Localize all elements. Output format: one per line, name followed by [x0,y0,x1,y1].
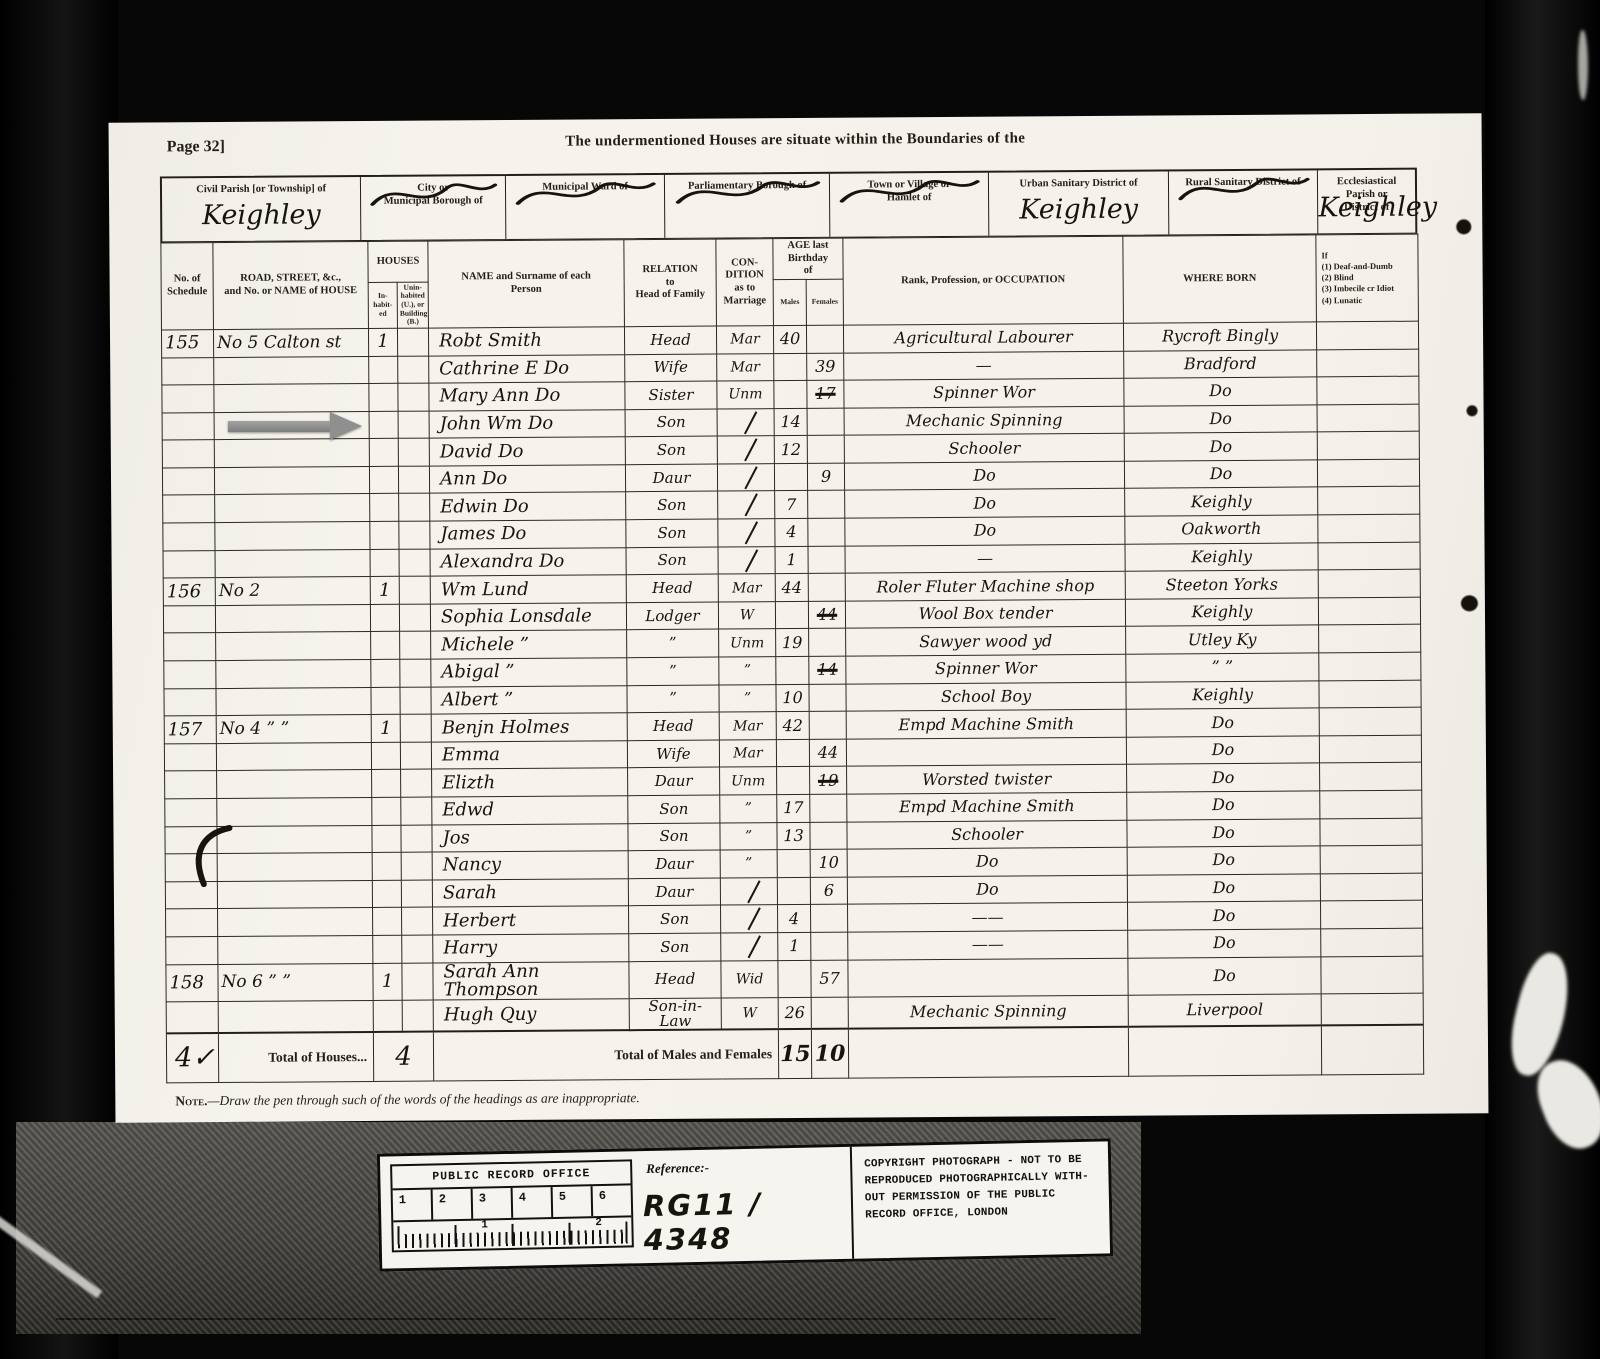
cell-schedule [165,771,217,799]
cell-age-female [811,997,848,1029]
cell-uninhabited [398,383,429,411]
cell-name: Hugh Quy [433,998,629,1031]
cell-infirmity [1321,928,1423,956]
cell-road [216,687,371,716]
cell-road [215,604,370,633]
cell-name: Benjn Holmes [431,713,627,742]
cell-age-female: 44 [808,601,845,629]
scale-cell: 6 [593,1185,632,1216]
cell-occupation: Schooler [844,434,1124,464]
cell-schedule [166,1001,218,1033]
header-relation: RELATION to Head of Family [624,239,717,327]
cell-infirmity [1318,569,1420,597]
cell-schedule [162,412,214,440]
cell-relation: Head [626,574,718,602]
cell-where-born: Keighly [1125,543,1318,572]
total-males: 15 [778,1028,811,1078]
cell-relation: Son-in-Law [629,998,721,1030]
scale-cell: 1 [393,1190,434,1221]
cell-age-male [774,353,807,381]
district-column: Urban Sanitary District of Keighley [989,171,1169,235]
cell-occupation [846,737,1126,767]
district-column: Rural Sanitary District of [1169,170,1319,234]
cell-age-female [808,491,845,519]
cell-road: No 5 Calton st [213,328,368,357]
cell-uninhabited [402,935,433,963]
cell-name: Jos [432,823,628,852]
cell-condition: Mar [719,712,776,740]
cell-occupation: Do [845,516,1125,546]
cell-condition: Unm [720,767,777,795]
total-males-females-label: Total of Males and Females [433,1029,778,1081]
page-header: Page 32] The undermentioned Houses are s… [109,113,1482,177]
table-header: No. of Schedule ROAD, STREET, &c., and N… [161,234,1419,330]
cell-inhabited: 1 [368,328,397,356]
cell-condition: ” [719,657,776,685]
cell-name: Edwin Do [430,492,626,521]
cell-inhabited: 1 [373,963,402,1000]
cell-age-female: 10 [810,849,847,877]
cell-occupation: Agricultural Labourer [843,323,1123,353]
cell-age-female: 57 [811,960,848,997]
cell-age-female: 17 [807,380,844,408]
cell-occupation: School Boy [846,682,1126,712]
cell-schedule [162,440,214,468]
header-females: Females [806,279,843,325]
cell-age-male: 12 [774,436,807,464]
cell-age-female [807,435,844,463]
cell-uninhabited [397,328,428,356]
cell-infirmity [1320,845,1422,873]
footer-note: Note.—Draw the pen through such of the w… [175,1084,1488,1109]
cell-occupation: —— [848,930,1128,960]
punch-hole [1467,405,1478,416]
cell-age-female [809,629,846,657]
cell-relation: Son [625,409,717,437]
cell-where-born: Keighly [1125,487,1318,516]
cell-name: Herbert [433,906,629,935]
header-road: ROAD, STREET, &c., and No. or NAME of HO… [213,241,369,329]
cell-infirmity [1319,625,1421,653]
scale-cell: 4 [513,1187,554,1218]
header-occupation: Rank, Profession, or OCCUPATION [843,236,1124,325]
cell-age-female [808,518,845,546]
cell-inhabited [369,466,398,494]
cell-schedule [162,467,214,495]
cell-relation: Head [629,961,721,999]
cell-schedule: 156 [163,578,215,606]
cell-where-born: Do [1127,846,1320,875]
cell-infirmity [1319,680,1421,708]
cell-age-female [811,932,848,960]
cell-age-female [809,684,846,712]
cell-age-female [808,573,845,601]
cell-relation: Wife [627,740,719,768]
reference-box: Reference:- RG11 / 4348 [632,1147,854,1264]
cell-name: Emma [431,741,627,770]
cell-name: Harry [433,934,629,963]
cell-occupation: Empd Machine Smith [846,709,1126,739]
cell-where-born: Do [1128,929,1321,958]
cell-uninhabited [400,714,431,742]
cell-age-male: 26 [778,997,811,1029]
cell-road [216,742,371,771]
cell-condition [717,408,774,436]
district-label: City or Municipal Borough of [361,180,505,209]
cell-uninhabited [400,742,431,770]
district-label: Town or Village or Hamlet of [830,177,989,206]
cell-condition: ” [719,684,776,712]
cell-road [215,522,370,551]
cell-occupation: —— [848,903,1128,933]
cell-schedule [164,688,216,716]
cell-relation: Son [628,823,720,851]
cell-schedule [163,605,215,633]
cell-infirmity [1320,818,1422,846]
cell-infirmity [1318,597,1420,625]
cell-schedule: 158 [166,964,218,1001]
arrow-head [330,412,362,440]
cell-age-female [810,822,847,850]
cell-relation: Head [624,326,716,354]
district-column: Civil Parish [or Township] of Keighley [162,177,362,241]
cell-age-female: 14 [809,656,846,684]
cell-condition: Unm [719,629,776,657]
cell-occupation: Empd Machine Smith [847,792,1127,822]
cell-infirmity [1319,707,1421,735]
cell-age-female: 44 [809,739,846,767]
cell-schedule [162,385,214,413]
cell-where-born: Do [1124,405,1317,434]
cell-relation: Daur [628,850,720,878]
public-record-office-stamp: PUBLIC RECORD OFFICE 123456 1 2 Referenc… [377,1138,1113,1271]
cell-age-male: 1 [778,932,811,960]
cell-age-male: 13 [777,822,810,850]
cell-where-born: Do [1128,901,1321,930]
pro-ruler-box: PUBLIC RECORD OFFICE 123456 1 2 [390,1159,634,1252]
cell-road: No 6 ” ” [218,963,373,1001]
copyright-line: RECORD OFFICE, LONDON [865,1203,1103,1225]
cell-relation: Son [626,519,718,547]
cell-uninhabited [399,604,430,632]
cell-condition [717,464,774,492]
cell-occupation: Schooler [847,820,1127,850]
cell-occupation: — [844,351,1124,381]
census-table: No. of Schedule ROAD, STREET, &c., and N… [160,234,1424,1084]
cell-condition [717,436,774,464]
punch-hole [1456,219,1471,234]
header-condition: CON- DITION as to Marriage [716,239,774,326]
cell-road [214,466,369,495]
cell-inhabited [371,742,400,770]
cell-road [218,935,373,964]
pro-ruler: 1 2 [393,1215,632,1250]
district-label: Rural Sanitary District of [1169,174,1318,190]
cell-road [217,880,372,909]
cell-infirmity [1319,735,1421,763]
page-number: Page 32] [167,138,225,156]
cell-name: Michele ” [431,630,627,659]
district-value: Keighley [989,193,1168,225]
cell-uninhabited [399,549,430,577]
cell-where-born: Do [1127,818,1320,847]
cell-condition: Mar [717,353,774,381]
copyright-notice: COPYRIGHT PHOTOGRAPH - NOT TO BEREPRODUC… [852,1141,1110,1258]
total-females: 10 [811,1028,848,1078]
district-label: Civil Parish [or Township] of [162,181,360,198]
cell-where-born: Bradford [1124,349,1317,378]
cell-uninhabited [400,687,431,715]
cell-relation: Son [629,933,721,961]
pro-scale-cells: 123456 [393,1183,632,1220]
cell-infirmity [1319,652,1421,680]
cell-where-born: Do [1124,377,1317,406]
district-value: Keighley [1318,192,1415,224]
district-label: Urban Sanitary District of [989,175,1168,191]
cell-age-male: 4 [778,905,811,933]
cell-name: Edwd [432,796,628,825]
cell-uninhabited [401,769,432,797]
cell-schedule [164,661,216,689]
cell-age-male: 17 [777,794,810,822]
note-prefix: Note. [175,1093,207,1108]
cell-name: Mary Ann Do [429,382,625,411]
cell-inhabited [371,687,400,715]
cell-relation: ” [627,685,719,713]
cell-age-male [777,877,810,905]
cell-where-born: Liverpool [1128,993,1321,1026]
cell-infirmity [1317,404,1419,432]
cell-relation: Son [626,492,718,520]
reference-value: RG11 / 4348 [643,1185,852,1257]
cell-schedule [166,909,218,937]
cell-occupation: Roler Fluter Machine shop [845,571,1125,601]
cell-where-born: Do [1127,763,1320,792]
cell-inhabited [370,604,399,632]
cell-condition: ” [720,850,777,878]
cell-uninhabited [401,797,432,825]
cell-age-male: 4 [775,518,808,546]
cell-relation: Son [629,905,721,933]
cell-infirmity [1320,873,1422,901]
scale-cell: 2 [433,1189,474,1220]
cell-where-born: Do [1124,460,1317,489]
cell-schedule [164,633,216,661]
cell-occupation: Mechanic Spinning [844,406,1124,436]
cell-road [216,632,371,661]
cell-uninhabited [399,494,430,522]
cell-where-born: Do [1126,736,1319,765]
pen-mark [189,824,235,888]
cell-occupation: Spinner Wor [844,378,1124,408]
cell-inhabited [370,549,399,577]
cell-relation: Daur [625,464,717,492]
cell-relation: ” [627,657,719,685]
cell-relation: Wife [625,354,717,382]
cell-condition [721,905,778,933]
cell-inhabited [373,908,402,936]
cell-inhabited [372,770,401,798]
cell-age-male [776,656,809,684]
cell-where-born: Keighly [1126,680,1319,709]
cell-occupation: Do [844,461,1124,491]
cell-occupation: Mechanic Spinning [848,995,1128,1028]
cell-uninhabited [398,466,429,494]
cell-inhabited [371,659,400,687]
cell-condition [720,877,777,905]
cell-road [218,1000,373,1033]
cell-infirmity [1321,901,1423,929]
cell-inhabited [369,383,398,411]
cell-road [216,660,371,689]
header-name: NAME and Surname of each Person [428,240,625,328]
scanned-photo: Page 32] The undermentioned Houses are s… [0,0,1600,1359]
cell-relation: Son [626,547,718,575]
cell-road [218,908,373,937]
cell-road [215,494,370,523]
cell-name: Robt Smith [428,327,624,356]
cell-inhabited [373,935,402,963]
cell-where-born: Do [1126,708,1319,737]
header-schedule: No. of Schedule [161,243,214,330]
header-inhabited: In- habit- ed [368,282,397,328]
cell-condition: ” [720,822,777,850]
cell-age-male: 19 [776,629,809,657]
cell-where-born: Steeton Yorks [1125,570,1318,599]
cell-relation: Lodger [626,602,718,630]
cell-relation: Daur [628,767,720,795]
cell-condition [718,546,775,574]
cell-age-male [777,850,810,878]
header-where-born: WHERE BORN [1123,235,1317,323]
cell-age-male: 1 [775,546,808,574]
cell-schedule [163,495,215,523]
cell-age-male: 44 [775,574,808,602]
cell-age-female: 6 [810,877,847,905]
cell-age-male: 14 [774,408,807,436]
header-males: Males [773,279,806,325]
cell-infirmity [1317,431,1419,459]
cell-infirmity [1321,993,1423,1025]
cell-road [215,549,370,578]
scale-cell: 3 [473,1188,514,1219]
district-column: City or Municipal Borough of [361,176,506,240]
cell-where-born: Keighly [1125,598,1318,627]
cell-inhabited [372,880,401,908]
district-column: Ecclesiastical Parish or District of Kei… [1318,170,1415,234]
cell-inhabited: 1 [371,715,400,743]
cell-relation: Son [628,795,720,823]
cell-age-female: 9 [807,463,844,491]
cell-condition: Mar [716,326,773,354]
cell-name: James Do [430,520,626,549]
pointer-arrow [228,412,362,440]
header-uninhabited: Unin- habited (U.), or Building (B.) [397,282,428,328]
cell-age-female [809,711,846,739]
cell-road [217,797,372,826]
cell-relation: Daur [628,878,720,906]
photo-right-shadow [1485,0,1600,1359]
cell-name: Alexandra Do [430,547,626,576]
cell-road [214,356,369,385]
cell-road [217,825,372,854]
cell-infirmity [1318,542,1420,570]
cell-inhabited [372,797,401,825]
cell-where-born: Do [1127,874,1320,903]
cell-where-born: Do [1127,791,1320,820]
cell-schedule: 157 [164,716,216,744]
district-label: Municipal Ward of [506,179,665,195]
cell-occupation: Do [847,875,1127,905]
cell-name: Elizth [432,768,628,797]
cell-infirmity [1318,487,1420,515]
ruler-major-ticks [397,1221,627,1248]
cell-uninhabited [398,411,429,439]
header-age: AGE last Birthday of [773,238,843,279]
cell-occupation: Sawyer wood yd [846,627,1126,657]
cell-name: Nancy [432,851,628,880]
cell-age-male [775,601,808,629]
cell-infirmity [1321,956,1423,994]
cell-condition [721,933,778,961]
punch-hole [1461,595,1478,611]
cell-uninhabited [402,1000,433,1032]
cell-infirmity [1316,321,1418,349]
cell-inhabited [371,632,400,660]
cell-age-female [810,794,847,822]
cell-infirmity [1317,376,1419,404]
cell-inhabited [369,356,398,384]
cell-occupation: — [845,544,1125,574]
cell-uninhabited [401,852,432,880]
cell-relation: Head [627,712,719,740]
cell-condition: Mar [718,574,775,602]
cell-relation: Son [625,436,717,464]
cell-road [214,384,369,413]
cell-uninhabited [401,880,432,908]
cell-name: Sophia Lonsdale [430,603,626,632]
cell-age-male: 7 [775,491,808,519]
cell-condition: Wid [721,960,778,997]
cell-infirmity [1317,459,1419,487]
cell-name: Ann Do [429,465,625,494]
cell-road: No 4 ” ” [216,715,371,744]
header-infirmity: If (1) Deaf-and-Dumb (2) Blind (3) Imbec… [1316,234,1419,322]
cell-name: David Do [429,437,625,466]
cell-age-female [808,546,845,574]
cell-relation: Sister [625,381,717,409]
cell-age-male: 40 [773,325,806,353]
cell-age-female: 39 [807,353,844,381]
cell-inhabited [372,825,401,853]
form-title: The undermentioned Houses are situate wi… [109,127,1482,154]
cell-age-male: 42 [776,712,809,740]
census-page: Page 32] The undermentioned Houses are s… [109,113,1489,1123]
cell-uninhabited [399,521,430,549]
cell-condition: ” [720,795,777,823]
paper-tear-blob [1578,30,1588,100]
cell-schedule [165,799,217,827]
cell-infirmity [1317,349,1419,377]
cell-occupation: Spinner Wor [846,654,1126,684]
cell-occupation: Do [845,489,1125,519]
district-value [665,196,828,197]
cell-age-female: 19 [810,767,847,795]
cell-condition [718,519,775,547]
cell-age-male [778,960,811,997]
cell-inhabited [372,852,401,880]
cell-age-male [777,767,810,795]
